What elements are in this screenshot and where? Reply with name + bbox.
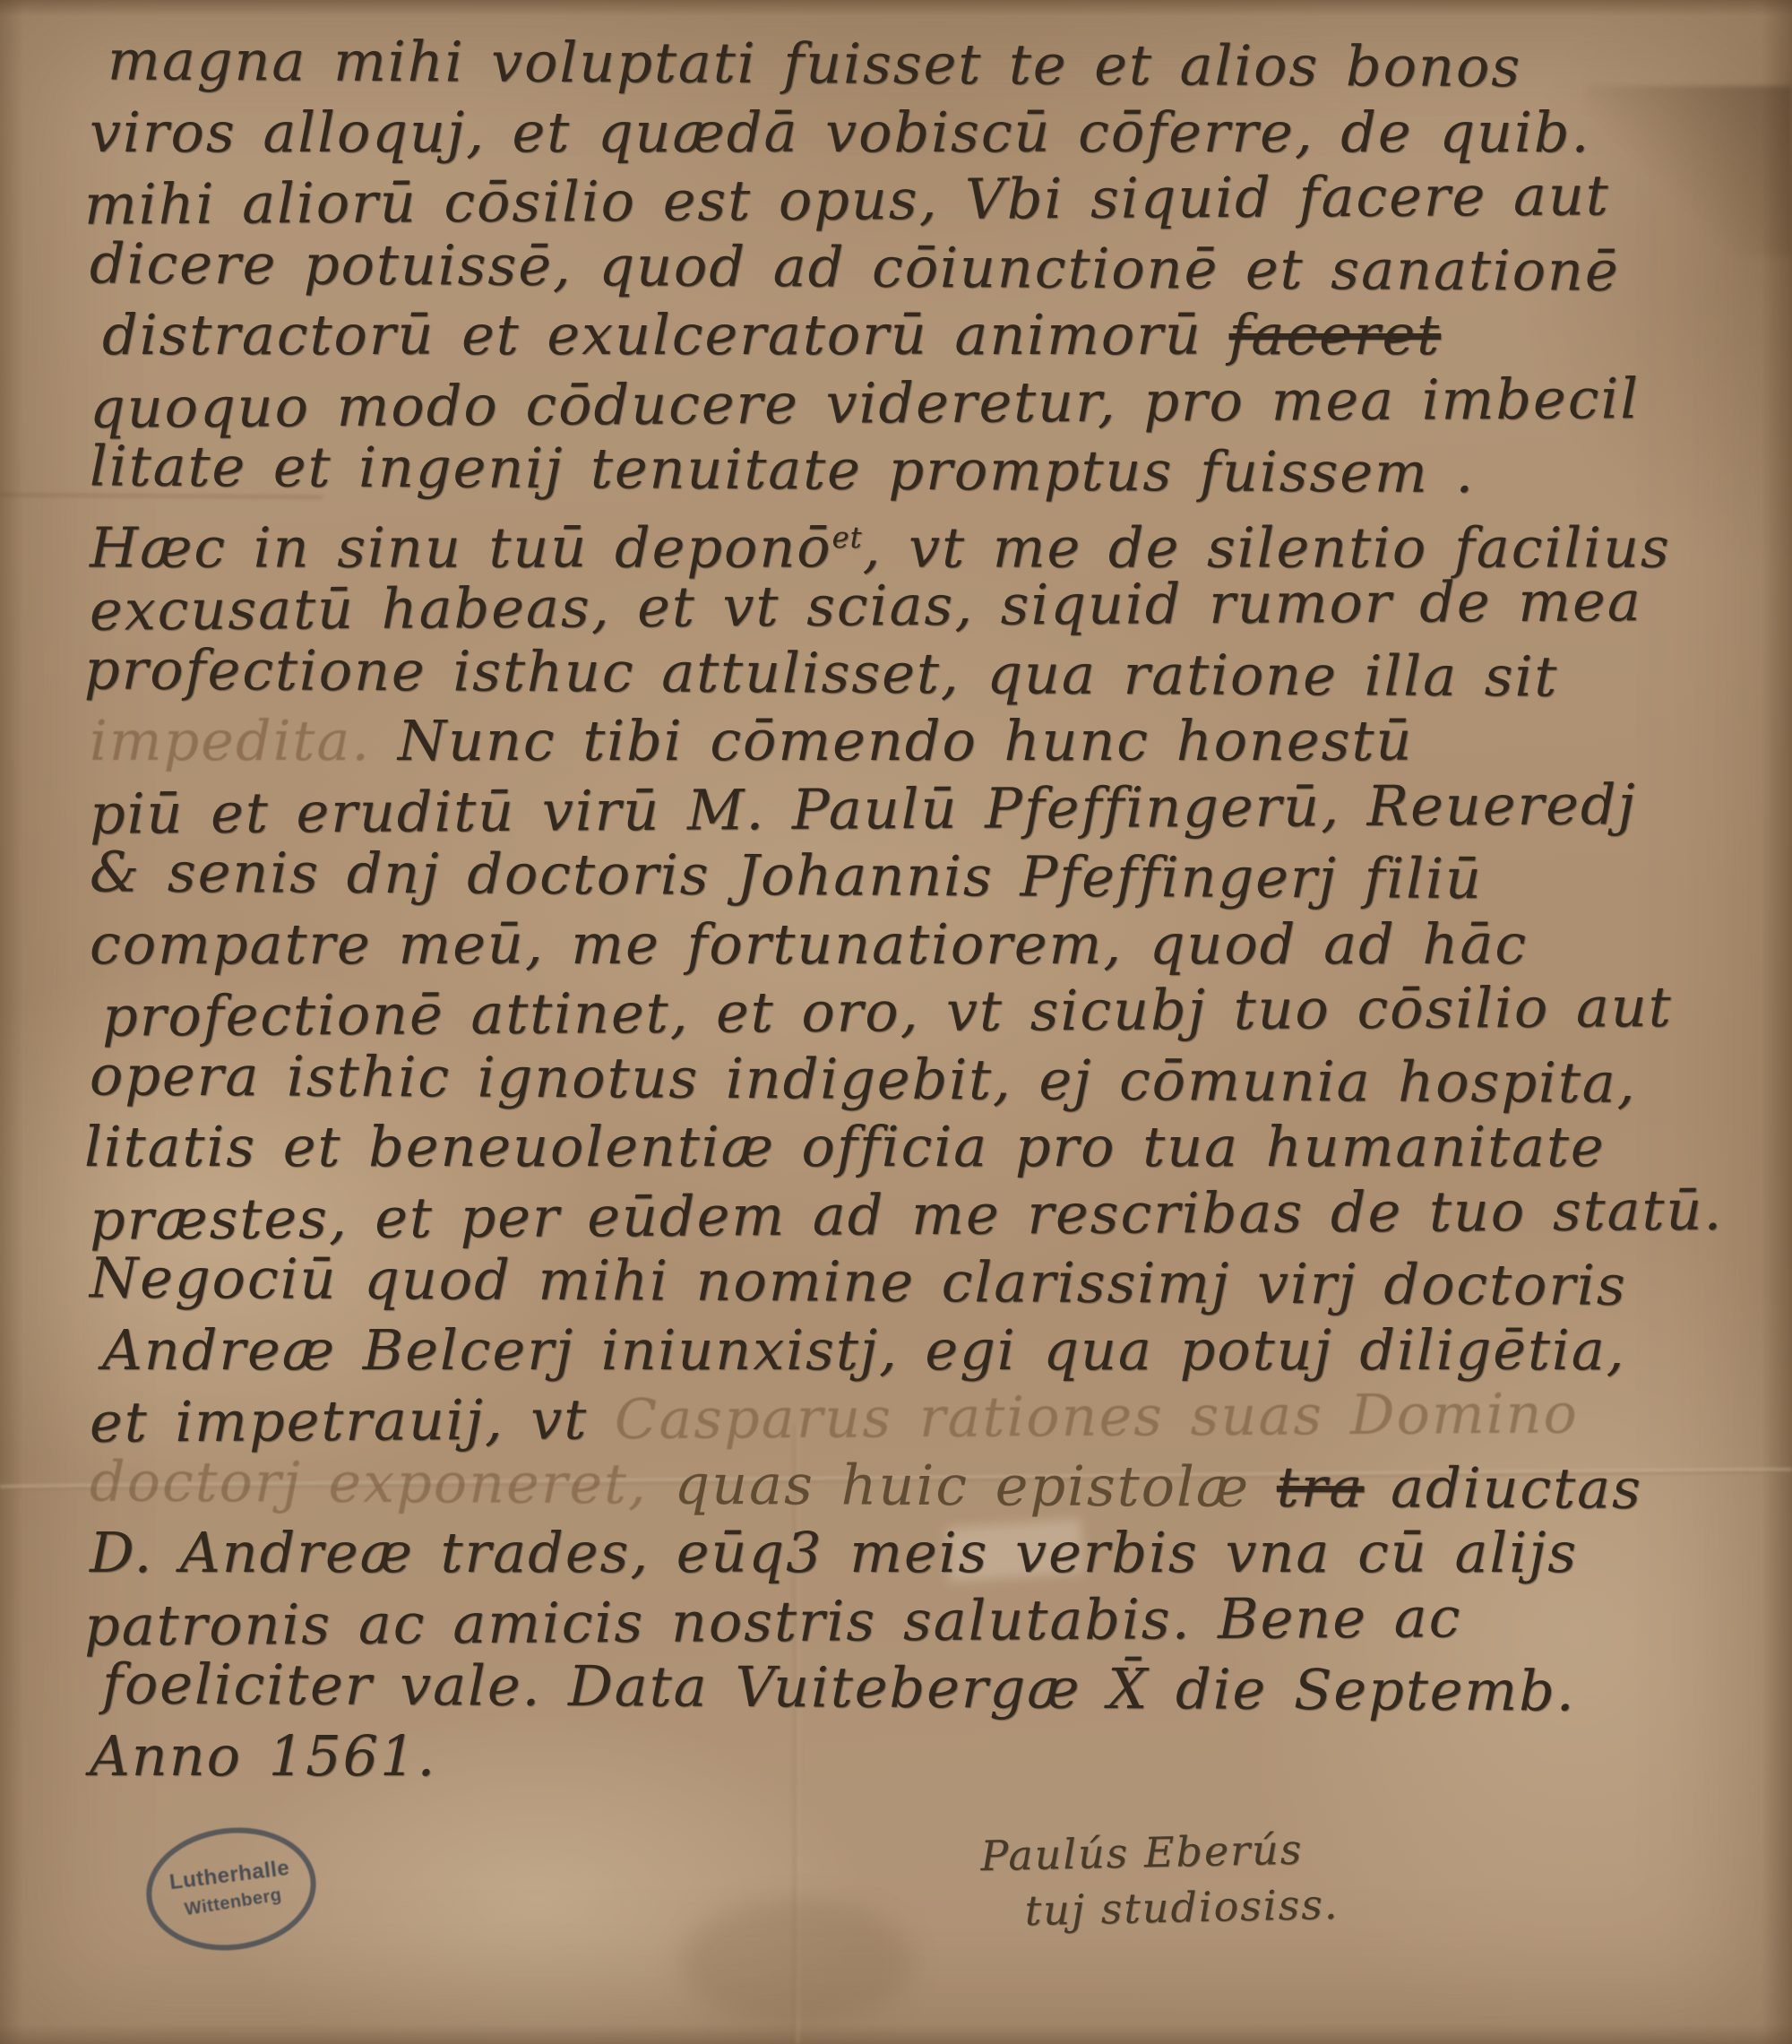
letter-line: litate et ingenij tenuitate promptus fui… — [90, 432, 1765, 508]
letter-line: doctorj exponeret, quas huic epistolæ tr… — [90, 1447, 1765, 1523]
letter-text-segment: Andreæ Belcerj iniunxistj, egi qua potuj… — [102, 1317, 1625, 1383]
letter-text-segment: profectionē attinet, et oro, vt sicubj t… — [102, 974, 1673, 1049]
letter-line: distractorū et exulceratorū animorū face… — [102, 301, 1765, 369]
letter-line: quoquo modo cōducere videretur, pro mea … — [90, 364, 1765, 442]
letter-text-segment: opera isthic ignotus indigebit, ej cōmun… — [90, 1042, 1637, 1115]
letter-text-segment: adiuctas — [1364, 1454, 1642, 1522]
letter-line: profectione isthuc attulisset, qua ratio… — [84, 635, 1765, 712]
letter-text-segment: et impetrauij, vt — [90, 1386, 615, 1455]
signature-name: Paulús Eberús — [980, 1821, 1339, 1884]
letter-line: compatre meū, me fortunatiorem, quod ad … — [90, 910, 1765, 979]
letter-line: profectionē attinet, et oro, vt sicubj t… — [102, 972, 1765, 1050]
letter-text-segment: profectione isthuc attulisset, qua ratio… — [84, 636, 1559, 709]
letter-text-segment: D. Andreæ trades, eūq3 meis verbis vna c… — [90, 1520, 1578, 1585]
letter-text-segment: impedita. — [90, 708, 371, 773]
letter-text-segment: Hæc in sinu tuū deponō — [90, 514, 832, 580]
letter-line: Andreæ Belcerj iniunxistj, egi qua potuj… — [102, 1316, 1765, 1384]
paper-stain — [681, 1900, 914, 2025]
letter-text-segment: distractorū et exulceratorū animorū — [102, 302, 1228, 367]
letter-text-segment: litate et ingenij tenuitate promptus fui… — [90, 433, 1476, 505]
letter-line: piū et eruditū virū M. Paulū Pfeffingerū… — [90, 770, 1765, 848]
signature-subscript: tuj studiosiss. — [1024, 1876, 1340, 1938]
letter-text-segment: & senis dnj doctoris Johannis Pfeffinger… — [90, 839, 1483, 911]
letter-line: opera isthic ignotus indigebit, ej cōmun… — [90, 1041, 1765, 1117]
lutherhalle-museum-stamp: Lutherhalle Wittenberg — [139, 1818, 323, 1960]
letter-line: et impetrauij, vt Casparus rationes suas… — [90, 1378, 1765, 1456]
letter-text-segment: faceret — [1228, 302, 1441, 367]
letter-line: patronis ac amicis nostris salutabis. Be… — [84, 1582, 1765, 1660]
letter-line: mihi aliorū cōsilio est opus, Vbi siquid… — [84, 160, 1765, 238]
signature-block: Paulús Eberús tuj studiosiss. — [980, 1821, 1340, 1939]
manuscript-letter-page: magna mihi voluptati fuisset te et alios… — [0, 0, 1792, 2044]
letter-text-segment: excusatū habeas, et vt scias, siquid rum… — [90, 568, 1642, 643]
letter-line: foeliciter vale. Data Vuitebergæ X̄ die … — [102, 1650, 1765, 1726]
letter-line: Negociū quod mihi nomine clarissimj virj… — [90, 1244, 1765, 1320]
letter-text-segment: Nunc tibi cōmendo hunc honestū — [371, 708, 1413, 773]
letter-text-segment: tra — [1277, 1453, 1365, 1519]
letter-text-segment: dicere potuissē, quod ad cōiunctionē et … — [90, 230, 1620, 303]
letter-text-segment: compatre meū, me fortunatiorem, quod ad … — [90, 911, 1528, 977]
letter-text-segment: foeliciter vale. Data Vuitebergæ X̄ die … — [102, 1651, 1576, 1723]
letter-line: præstes, et per eūdem ad me rescribas de… — [90, 1176, 1765, 1254]
letter-line: & senis dnj doctoris Johannis Pfeffinger… — [90, 838, 1765, 914]
letter-text-segment: magna mihi voluptati fuisset te et alios… — [108, 27, 1521, 99]
letter-text-segment: doctorj exponeret, — [90, 1448, 675, 1516]
letter-line: Hæc in sinu tuū deponōet, vt me de silen… — [90, 505, 1765, 573]
letter-line: magna mihi voluptati fuisset te et alios… — [108, 26, 1765, 102]
letter-text-segment: Casparus rationes suas Domino — [615, 1381, 1579, 1453]
letter-line: litatis et beneuolentiæ officia pro tua … — [84, 1113, 1765, 1181]
letter-line: dicere potuissē, quod ad cōiunctionē et … — [90, 229, 1765, 306]
letter-text-segment: mihi aliorū cōsilio est opus, Vbi siquid… — [84, 162, 1610, 237]
letter-text-segment: litatis et beneuolentiæ officia pro tua … — [84, 1114, 1606, 1179]
letter-text-segment: patronis ac amicis nostris salutabis. Be… — [84, 1584, 1462, 1658]
letter-text-segment: et — [832, 521, 863, 555]
letter-text-segment: quas huic epistolæ — [674, 1451, 1277, 1519]
letter-text-segment: Anno 1561. — [90, 1723, 436, 1789]
letter-line: Anno 1561. — [90, 1722, 1765, 1790]
letter-text-segment: viros alloquj, et quædā vobiscū cōferre,… — [90, 99, 1590, 165]
stamp-text: Lutherhalle Wittenberg — [168, 1855, 294, 1923]
letter-text-segment: præstes, et per eūdem ad me rescribas de… — [90, 1177, 1724, 1252]
letter-line: impedita. Nunc tibi cōmendo hunc honestū — [90, 707, 1765, 775]
letter-line: excusatū habeas, et vt scias, siquid rum… — [90, 566, 1765, 644]
letter-body-text: magna mihi voluptati fuisset te et alios… — [90, 30, 1765, 1790]
letter-text-segment: Negociū quod mihi nomine clarissimj virj… — [90, 1245, 1627, 1317]
letter-line: viros alloquj, et quædā vobiscū cōferre,… — [90, 99, 1765, 167]
letter-text-segment: piū et eruditū virū M. Paulū Pfeffingerū… — [90, 772, 1637, 847]
letter-text-segment: quoquo modo cōducere videretur, pro mea … — [90, 366, 1641, 441]
letter-line: D. Andreæ trades, eūq3 meis verbis vna c… — [90, 1519, 1765, 1587]
